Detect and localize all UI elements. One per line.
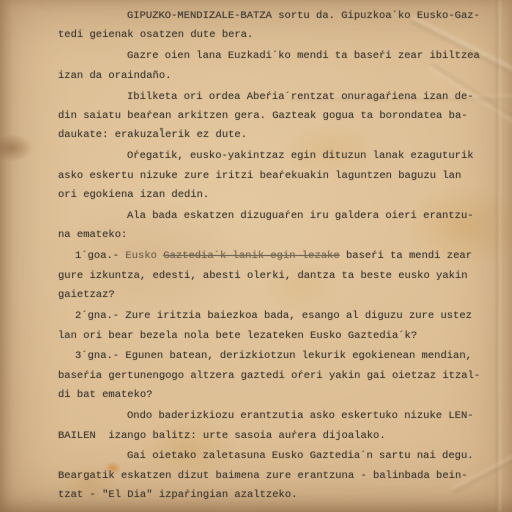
text-line: di bat emateko? bbox=[58, 386, 512, 405]
text-line: 3´gna.- Egunen batean, derizkiotzun leku… bbox=[58, 347, 512, 366]
text-line: tzat - "El Dia" izpaŕingian azaltzeko. bbox=[58, 486, 512, 505]
text-line: tedi geienak osatzen dute bera. bbox=[58, 26, 512, 45]
text-line: gaietzaz? bbox=[58, 286, 512, 305]
paragraph: Gazre oien lana Euzkadi´ko mendi ta base… bbox=[58, 47, 512, 86]
text-segment: baseŕi ta mendi zear bbox=[340, 250, 472, 262]
text-line: Ala bada eskatzen dizuguaŕen iru galdera… bbox=[58, 207, 512, 226]
faded-text: Eusko bbox=[125, 250, 163, 262]
paragraph: Ibilketa ori ordea Abeŕia´rentzat onurag… bbox=[58, 88, 512, 146]
question-number: 1´goa.- bbox=[75, 250, 125, 262]
paragraph-question-1: 1´goa.- Eusko Gaztedia´k lanik egin leza… bbox=[58, 247, 512, 305]
text-line: izan da oraindaño. bbox=[58, 67, 512, 86]
paragraph: Ondo baderizkiozu erantzutia asko eskert… bbox=[58, 407, 512, 446]
text-line: baseŕia gertunengogo altzera gaztedi oŕe… bbox=[58, 367, 512, 386]
text-line: GIPUZKO-MENDIZALE-BATZA sortu da. Gipuzk… bbox=[58, 7, 512, 26]
text-line: Gazre oien lana Euzkadi´ko mendi ta base… bbox=[58, 47, 512, 66]
text-line: daukate: erakuzal̄erik ez dute. bbox=[58, 126, 512, 145]
text-line: gure izkuntza, edesti, abesti olerki, da… bbox=[58, 267, 512, 286]
text-line: 2´gna.- Zure iritzia baiezkoa bada, esan… bbox=[58, 307, 512, 326]
text-line: na emateko: bbox=[58, 226, 512, 245]
text-line: lan ori bear bezela nola bete lezateken … bbox=[58, 327, 512, 346]
paragraph: Gai oietako zaletasuna Eusko Gaztedia´n … bbox=[58, 447, 512, 505]
text-line: asko eskertu nizuke zure iritzi beaŕekua… bbox=[58, 167, 512, 186]
text-line: Oŕegatik, eusko-yakintzaz egin dituzun l… bbox=[58, 147, 512, 166]
text-line: 1´goa.- Eusko Gaztedia´k lanik egin leza… bbox=[58, 247, 512, 266]
paragraph: Oŕegatik, eusko-yakintzaz egin dituzun l… bbox=[58, 147, 512, 205]
letter-body: GIPUZKO-MENDIZALE-BATZA sortu da. Gipuzk… bbox=[0, 7, 512, 506]
text-line: Ibilketa ori ordea Abeŕia´rentzat onurag… bbox=[58, 88, 512, 107]
paragraph: GIPUZKO-MENDIZALE-BATZA sortu da. Gipuzk… bbox=[58, 7, 512, 46]
paragraph: Ala bada eskatzen dizuguaŕen iru galdera… bbox=[58, 207, 512, 246]
text-line: Ondo baderizkiozu erantzutia asko eskert… bbox=[58, 407, 512, 426]
text-line: din saiatu beaŕean arkitzen gera. Gaztea… bbox=[58, 107, 512, 126]
scanned-letter-paper: GIPUZKO-MENDIZALE-BATZA sortu da. Gipuzk… bbox=[0, 0, 512, 512]
text-line: Beargatik eskatzen dizut baimena zure er… bbox=[58, 467, 512, 486]
text-line: BAILEN izango balitz: urte sasoia auŕera… bbox=[58, 427, 512, 446]
paragraph-question-2: 2´gna.- Zure iritzia baiezkoa bada, esan… bbox=[58, 307, 512, 346]
paragraph-question-3: 3´gna.- Egunen batean, derizkiotzun leku… bbox=[58, 347, 512, 405]
text-line: Gai oietako zaletasuna Eusko Gaztedia´n … bbox=[58, 447, 512, 466]
text-line: ori egokiena izan dedin. bbox=[58, 186, 512, 205]
struck-text: Gaztedia´k lanik egin lezake bbox=[163, 250, 339, 262]
